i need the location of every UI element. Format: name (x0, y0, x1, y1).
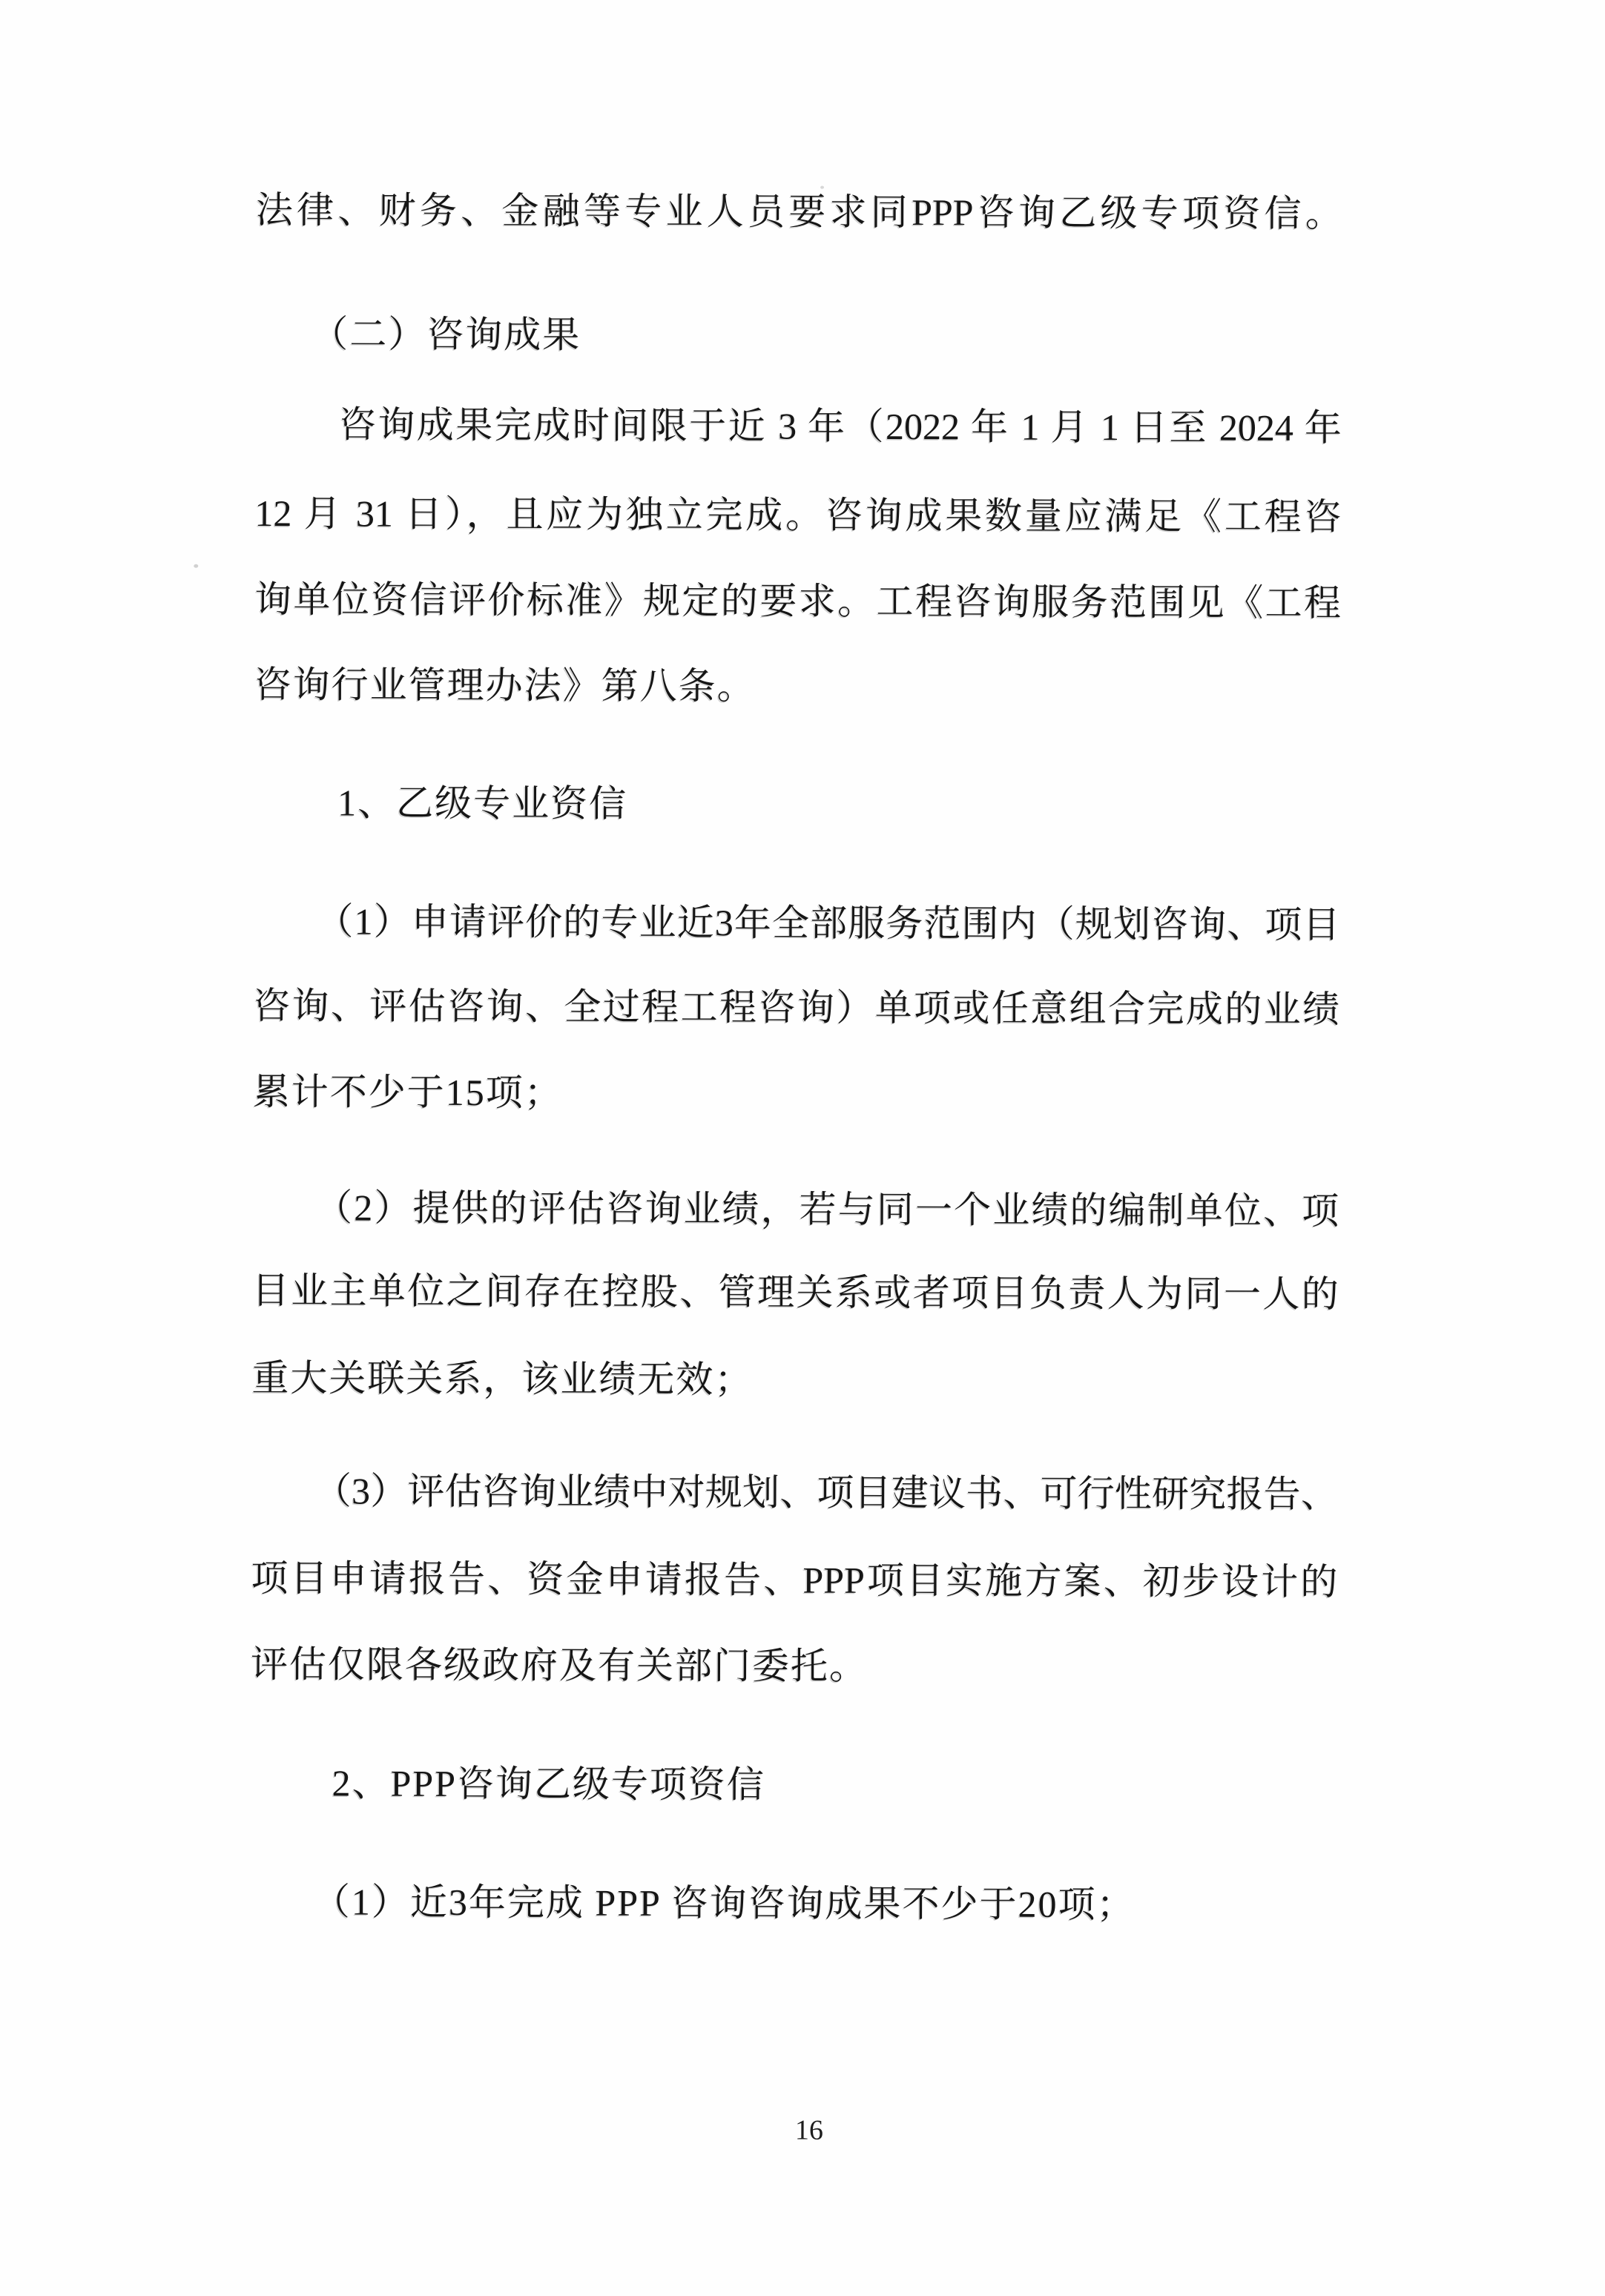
scanned-text-block: 法律、财务、金融等专业人员要求同PPP咨询乙级专项资信。 （二）咨询成果 咨询成… (0, 0, 1605, 2296)
item-2-line-2: 目业主单位之间存在控股、管理关系或者项目负责人为同一人的 (252, 1270, 1339, 1315)
item-2-line-3: 重大关联关系，该业绩无效； (251, 1357, 753, 1400)
ppp-item-1-line: （1）近3年完成 PPP 咨询咨询成果不少于20项； (313, 1881, 1136, 1925)
page-number: 16 (772, 2114, 846, 2146)
scan-speck (820, 186, 824, 189)
results-paragraph-line-1: 咨询成果完成时间限于近 3 年（2022 年 1 月 1 日至 2024 年 (339, 403, 1342, 449)
scan-speck (194, 564, 198, 568)
results-paragraph-line-3: 询单位资信评价标准》规定的要求。工程咨询服务范围见《工程 (254, 578, 1341, 624)
paragraph-continuation-line: 法律、财务、金融等专业人员要求同PPP咨询乙级专项资信。 (256, 189, 1342, 234)
results-paragraph-line-4: 咨询行业管理办法》第八条。 (254, 664, 756, 707)
item-2-line-1: （2）提供的评估咨询业绩，若与同一个业绩的编制单位、项 (315, 1187, 1339, 1232)
item-1-line-1: （1）申请评价的专业近3年全部服务范围内（规划咨询、项目 (316, 900, 1339, 946)
item-3-line-2: 项目申请报告、资金申请报告、PPP项目实施方案、初步设计的 (251, 1557, 1337, 1603)
document-page: 法律、财务、金融等专业人员要求同PPP咨询乙级专项资信。 （二）咨询成果 咨询成… (0, 0, 1605, 2296)
subsection-heading-ppp-credit: 2、PPP咨询乙级专项资信 (332, 1762, 765, 1805)
item-3-line-1: （3）评估咨询业绩中对规划、项目建议书、可行性研究报告、 (314, 1470, 1338, 1515)
item-1-line-2: 咨询、评估咨询、全过程工程咨询）单项或任意组合完成的业绩 (253, 985, 1339, 1030)
results-paragraph-line-2: 12 月 31 日），且应为独立完成。咨询成果数量应满足《工程咨 (254, 492, 1341, 538)
section-heading-consulting-results: （二）咨询成果 (311, 313, 581, 355)
item-3-line-3: 评估仅限各级政府及有关部门委托。 (251, 1643, 868, 1687)
subsection-heading-grade-b-credit: 1、乙级专业资信 (337, 782, 627, 824)
item-1-line-3: 累计不少于15项； (253, 1071, 563, 1113)
